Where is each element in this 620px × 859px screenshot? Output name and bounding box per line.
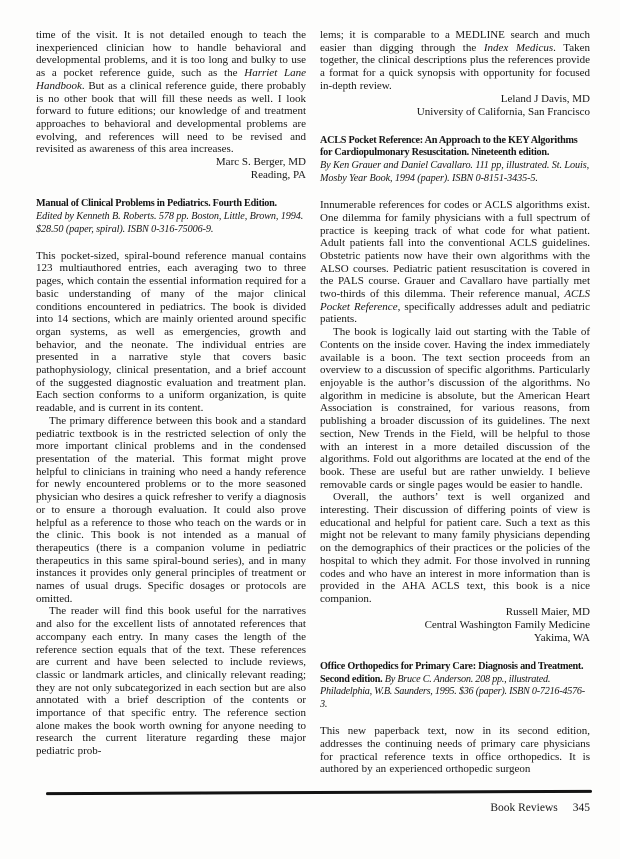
journal-page: time of the visit. It is not detailed en… [0, 0, 620, 859]
signature-line: Central Washington Family Medicine [320, 619, 590, 632]
left-column: time of the visit. It is not detailed en… [36, 29, 306, 776]
footer-page-number: 345 [573, 802, 590, 814]
book-review-paragraph: This new paperback text, now in its seco… [320, 725, 590, 776]
review-citation: Edited by Kenneth B. Roberts. 578 pp. Bo… [36, 211, 306, 237]
italic-run: Index Medicus [484, 42, 553, 54]
text-run: This new paperback text, now in its seco… [320, 725, 590, 775]
reviewer-signature: Russell Maier, MDCentral Washington Fami… [320, 606, 590, 645]
text-run: Innumerable references for codes or ACLS… [320, 199, 590, 300]
footer-section-label: Book Reviews [490, 802, 557, 814]
review-title: Office Orthopedics for Primary Care: Dia… [320, 661, 590, 713]
signature-line: Leland J Davis, MD [320, 93, 590, 106]
text-run: Overall, the authors’ text is well organ… [320, 491, 590, 605]
bold-run: ACLS Pocket Reference: An Approach to th… [320, 135, 577, 159]
text-run: The primary difference between this book… [36, 415, 306, 605]
book-review-paragraph: The book is logically laid out starting … [320, 326, 590, 491]
bold-run: Manual of Clinical Problems in Pediatric… [36, 198, 277, 209]
book-review-paragraph: Innumerable references for codes or ACLS… [320, 199, 590, 326]
text-run: This pocket-sized, spiral-bound referenc… [36, 250, 306, 414]
text-run: The book is logically laid out starting … [320, 326, 590, 490]
page-content: time of the visit. It is not detailed en… [36, 29, 591, 776]
book-review-paragraph: The primary difference between this book… [36, 415, 306, 606]
review-title: Manual of Clinical Problems in Pediatric… [36, 198, 306, 211]
signature-line: Reading, PA [36, 169, 306, 182]
signature-line: University of California, San Francisco [320, 106, 590, 119]
review-citation: By Ken Grauer and Daniel Cavallaro. 111 … [320, 160, 590, 186]
book-review-paragraph: The reader will find this book useful fo… [36, 605, 306, 757]
review-title: ACLS Pocket Reference: An Approach to th… [320, 135, 590, 161]
reviewer-signature: Leland J Davis, MDUniversity of Californ… [320, 93, 590, 119]
book-review-paragraph: lems; it is comparable to a MEDLINE sear… [320, 29, 590, 93]
book-review-paragraph: time of the visit. It is not detailed en… [36, 29, 306, 156]
reviewer-signature: Marc S. Berger, MDReading, PA [36, 156, 306, 182]
italic-run: By Ken Grauer and Daniel Cavallaro. 111 … [320, 160, 589, 184]
signature-line: Yakima, WA [320, 632, 590, 645]
signature-line: Marc S. Berger, MD [36, 156, 306, 169]
italic-run: Edited by Kenneth B. Roberts. 578 pp. Bo… [36, 211, 303, 235]
text-run: The reader will find this book useful fo… [36, 605, 306, 757]
footer-rule [46, 790, 592, 795]
page-footer: Book Reviews345 [490, 801, 590, 815]
signature-line: Russell Maier, MD [320, 606, 590, 619]
book-review-paragraph: Overall, the authors’ text is well organ… [320, 491, 590, 605]
right-column: lems; it is comparable to a MEDLINE sear… [320, 29, 590, 776]
book-review-paragraph: This pocket-sized, spiral-bound referenc… [36, 250, 306, 415]
